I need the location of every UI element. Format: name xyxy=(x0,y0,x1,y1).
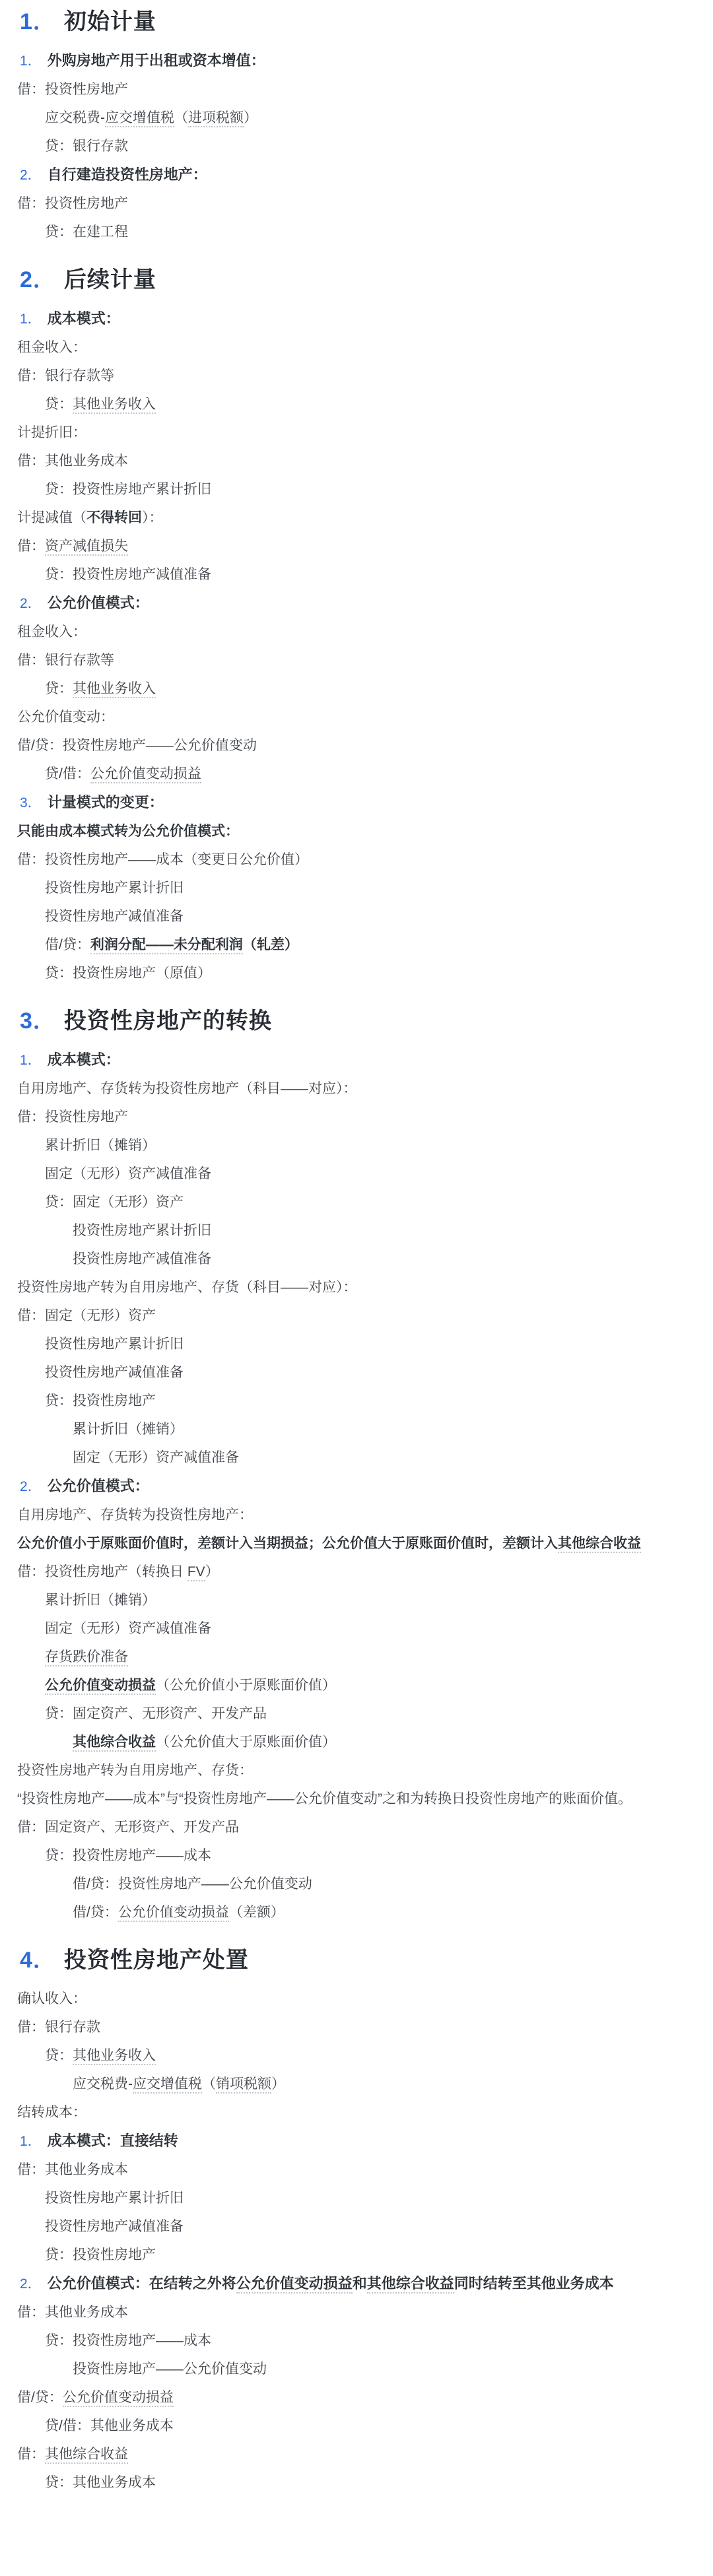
doc-line: 贷：投资性房地产累计折旧 xyxy=(0,480,701,498)
section-heading: 2．后续计量 xyxy=(0,266,701,294)
text-segment: 借：投资性房地产——成本（变更日公允价值） xyxy=(17,852,308,867)
doc-line: 借：投资性房地产 xyxy=(0,81,701,98)
text-segment: 贷： xyxy=(45,2048,73,2063)
text-segment: 借：其他业务成本 xyxy=(17,2305,128,2320)
doc-line: 贷：投资性房地产减值准备 xyxy=(0,566,701,583)
text-segment: 公允价值变动： xyxy=(17,710,114,725)
text-segment: 投资性房地产减值准备 xyxy=(73,1251,211,1267)
subsection-heading: 2．公允价值模式： xyxy=(0,594,701,612)
text-segment: 自用房地产、存货转为投资性房地产： xyxy=(17,1507,253,1523)
doc-line: 计提折旧： xyxy=(0,424,701,442)
doc-line: 累计折旧（摊销） xyxy=(0,1137,701,1154)
text-segment: 贷： xyxy=(45,681,73,696)
text-segment: “投资性房地产——成本”与“投资性房地产——公允价值变动”之和为转换日投资性房地… xyxy=(17,1791,632,1806)
doc-line: 存货跌价准备 xyxy=(0,1648,701,1666)
doc-line: 固定（无形）资产减值准备 xyxy=(0,1620,701,1637)
doc-line: 公允价值小于原账面价值时，差额计入当期损益；公允价值大于原账面价值时，差额计入其… xyxy=(0,1535,701,1552)
text-segment: 借：投资性房地产 xyxy=(17,82,128,97)
doc-line: 贷：在建工程 xyxy=(0,223,701,241)
term-link[interactable]: 资产减值损失 xyxy=(45,539,128,556)
doc-line: 投资性房地产累计折旧 xyxy=(0,1335,701,1353)
subsection-heading: 2．自行建造投资性房地产： xyxy=(0,166,701,184)
term-link[interactable]: 销项税额 xyxy=(216,2076,271,2094)
text-segment: 借：投资性房地产（转换日 xyxy=(17,1564,187,1579)
doc-line: 借：其他业务成本 xyxy=(0,2303,701,2321)
text-segment: 投资性房地产减值准备 xyxy=(45,2219,184,2234)
text-segment: 和 xyxy=(353,2275,367,2292)
item-number: 4． xyxy=(20,1948,56,1973)
text-segment: 贷：投资性房地产——成本 xyxy=(45,2333,211,2348)
text-segment: 累计折旧（摊销） xyxy=(45,1138,156,1153)
doc-line: 其他综合收益（公允价值大于原账面价值） xyxy=(0,1733,701,1751)
item-number: 1． xyxy=(20,1053,42,1068)
text-segment: （ xyxy=(174,110,188,125)
doc-line: 贷：固定资产、无形资产、开发产品 xyxy=(0,1705,701,1723)
text-segment: 借/贷： xyxy=(17,2390,63,2405)
text-segment: 不得转回 xyxy=(86,510,142,525)
subsection-heading: 1．外购房地产用于出租或资本增值： xyxy=(0,51,701,70)
item-number: 2． xyxy=(20,1479,42,1494)
doc-line: 投资性房地产转为自用房地产、存货： xyxy=(0,1762,701,1779)
term-link[interactable]: 进项税额 xyxy=(188,110,244,127)
text-segment: 投资性房地产累计折旧 xyxy=(45,1337,184,1352)
term-link[interactable]: 应交增值税 xyxy=(133,2076,202,2094)
term-link[interactable]: FV xyxy=(187,1564,205,1581)
text-segment: 后续计量 xyxy=(64,267,156,292)
text-segment: 借/贷： xyxy=(45,937,90,952)
doc-line: 借：投资性房地产（转换日 FV） xyxy=(0,1563,701,1581)
item-number: 2． xyxy=(20,2276,42,2292)
doc-line: 贷：投资性房地产（原值） xyxy=(0,964,701,982)
text-segment: 初始计量 xyxy=(64,9,156,34)
item-number: 2． xyxy=(20,267,56,292)
subsection-heading: 2．公允价值模式：在结转之外将公允价值变动损益和其他综合收益同时结转至其他业务成… xyxy=(0,2274,701,2293)
subsection-heading: 1．成本模式：直接结转 xyxy=(0,2132,701,2150)
item-number: 1． xyxy=(20,312,42,327)
text-segment: 借：固定资产、无形资产、开发产品 xyxy=(17,1820,239,1835)
doc-line: 借/贷：投资性房地产——公允价值变动 xyxy=(0,737,701,754)
text-segment: 贷：银行存款 xyxy=(45,139,128,154)
term-link[interactable]: 其他综合收益 xyxy=(45,2447,128,2464)
text-segment: 贷：投资性房地产 xyxy=(45,1393,156,1408)
text-segment: 借/贷：投资性房地产——公允价值变动 xyxy=(73,1876,312,1892)
text-segment: 贷：投资性房地产减值准备 xyxy=(45,567,211,582)
doc-line: 自用房地产、存货转为投资性房地产： xyxy=(0,1506,701,1524)
text-segment: 累计折旧（摊销） xyxy=(45,1593,156,1608)
doc-line: 投资性房地产——公允价值变动 xyxy=(0,2360,701,2378)
text-segment: 租金收入： xyxy=(17,340,86,355)
item-number: 2． xyxy=(20,596,42,611)
text-segment: 借：其他业务成本 xyxy=(17,453,128,469)
text-segment: 固定（无形）资产减值准备 xyxy=(45,1166,211,1181)
term-link[interactable]: 应交增值税 xyxy=(105,110,174,127)
term-link[interactable]: 其他业务收入 xyxy=(73,2048,156,2065)
doc-line: 借/贷：公允价值变动损益（差额） xyxy=(0,1903,701,1921)
text-segment: 贷：固定资产、无形资产、开发产品 xyxy=(45,1706,267,1721)
doc-line: 投资性房地产减值准备 xyxy=(0,908,701,925)
doc-line: “投资性房地产——成本”与“投资性房地产——公允价值变动”之和为转换日投资性房地… xyxy=(0,1790,701,1808)
text-segment: 投资性房地产的转换 xyxy=(64,1008,272,1034)
item-number: 1． xyxy=(20,9,56,34)
doc-line: 贷：固定（无形）资产 xyxy=(0,1193,701,1211)
doc-line: 贷：投资性房地产 xyxy=(0,1392,701,1410)
text-segment: 公允价值模式： xyxy=(48,1478,149,1494)
text-segment: 借/贷：投资性房地产——公允价值变动 xyxy=(17,738,257,753)
text-segment: 投资性房地产转为自用房地产、存货： xyxy=(17,1763,253,1778)
doc-line: 应交税费-应交增值税（进项税额） xyxy=(0,109,701,127)
text-segment: 投资性房地产累计折旧 xyxy=(73,1223,211,1238)
section-heading: 4．投资性房地产处置 xyxy=(0,1946,701,1974)
doc-line: 固定（无形）资产减值准备 xyxy=(0,1165,701,1183)
doc-line: 借：银行存款等 xyxy=(0,367,701,385)
doc-line: 投资性房地产累计折旧 xyxy=(0,1222,701,1239)
text-segment: 借：其他业务成本 xyxy=(17,2162,128,2177)
term-link[interactable]: 公允价值变动损益 xyxy=(236,2275,353,2294)
doc-line: 借：投资性房地产——成本（变更日公允价值） xyxy=(0,851,701,869)
doc-line: 借：固定（无形）资产 xyxy=(0,1307,701,1325)
doc-line: 借：银行存款等 xyxy=(0,651,701,669)
text-segment: 成本模式： xyxy=(48,1051,120,1068)
text-segment: ） xyxy=(271,2076,285,2092)
text-segment: 同时结转至其他业务成本 xyxy=(454,2275,614,2292)
doc-line: 贷：投资性房地产——成本 xyxy=(0,2332,701,2350)
text-segment: 借：银行存款 xyxy=(17,2020,100,2035)
doc-line: 借：投资性房地产 xyxy=(0,195,701,213)
doc-line: 贷：投资性房地产 xyxy=(0,2246,701,2264)
doc-line: 投资性房地产减值准备 xyxy=(0,2218,701,2235)
text-segment: 确认收入： xyxy=(17,1991,86,2006)
text-segment: 借：投资性房地产 xyxy=(17,1109,128,1125)
text-segment: 公允价值模式： xyxy=(48,595,149,611)
text-segment: 借：银行存款等 xyxy=(17,368,114,383)
doc-line: 固定（无形）资产减值准备 xyxy=(0,1449,701,1467)
doc-line: 公允价值变动： xyxy=(0,708,701,726)
text-segment: 公允价值模式：在结转之外将 xyxy=(48,2275,236,2292)
section-heading: 3．投资性房地产的转换 xyxy=(0,1007,701,1035)
doc-line: 贷：其他业务成本 xyxy=(0,2474,701,2492)
term-link[interactable]: 其他综合收益 xyxy=(558,1536,641,1553)
text-segment: 投资性房地产减值准备 xyxy=(45,1365,184,1380)
text-segment: ）： xyxy=(142,510,163,525)
doc-line: 投资性房地产减值准备 xyxy=(0,1250,701,1268)
text-segment: 借/贷： xyxy=(73,1905,118,1920)
doc-line: 贷：其他业务收入 xyxy=(0,2047,701,2064)
doc-line: 投资性房地产转为自用房地产、存货（科目——对应）： xyxy=(0,1278,701,1296)
doc-line: 借/贷：投资性房地产——公允价值变动 xyxy=(0,1875,701,1893)
doc-line: 借：固定资产、无形资产、开发产品 xyxy=(0,1818,701,1836)
text-segment: 贷：在建工程 xyxy=(45,224,128,240)
doc-line: 结转成本： xyxy=(0,2103,701,2121)
text-segment: 租金收入： xyxy=(17,624,86,640)
text-segment: 累计折旧（摊销） xyxy=(73,1422,184,1437)
text-segment: 自行建造投资性房地产： xyxy=(48,166,207,183)
text-segment: 贷：固定（无形）资产 xyxy=(45,1195,184,1210)
doc-line: 借：其他综合收益 xyxy=(0,2445,701,2463)
text-segment: 贷/借： xyxy=(45,766,90,781)
text-segment: 只能由成本模式转为公允价值模式： xyxy=(17,824,239,839)
text-segment: 成本模式： xyxy=(48,310,120,327)
doc-line: 投资性房地产减值准备 xyxy=(0,1364,701,1381)
doc-line: 贷：银行存款 xyxy=(0,137,701,155)
text-segment: 结转成本： xyxy=(17,2105,86,2120)
text-segment: 借：银行存款等 xyxy=(17,653,114,668)
doc-line: 借：投资性房地产 xyxy=(0,1108,701,1126)
doc-line: 借：其他业务成本 xyxy=(0,2161,701,2179)
doc-line: 贷/借：其他业务成本 xyxy=(0,2417,701,2435)
text-segment: ） xyxy=(244,110,257,125)
text-segment: 公允价值小于原账面价值时，差额计入当期损益；公允价值大于原账面价值时，差额计入 xyxy=(17,1536,558,1551)
term-link[interactable]: 其他综合收益 xyxy=(367,2275,454,2294)
text-segment: 借： xyxy=(17,2447,45,2462)
text-segment: 借：投资性房地产 xyxy=(17,196,128,211)
text-segment: 借： xyxy=(17,539,45,554)
doc-line: 累计折旧（摊销） xyxy=(0,1591,701,1609)
item-number: 2． xyxy=(20,168,42,183)
doc-line: 借：银行存款 xyxy=(0,2018,701,2036)
text-segment: 自用房地产、存货转为投资性房地产（科目——对应）： xyxy=(17,1081,357,1096)
text-segment: 贷： xyxy=(45,397,73,412)
doc-line: 贷/借：公允价值变动损益 xyxy=(0,765,701,783)
doc-line: 自用房地产、存货转为投资性房地产（科目——对应）： xyxy=(0,1080,701,1098)
item-number: 3． xyxy=(20,795,42,810)
doc-line: 投资性房地产累计折旧 xyxy=(0,2189,701,2207)
term-link[interactable]: 存货跌价准备 xyxy=(45,1649,128,1667)
subsection-heading: 1．成本模式： xyxy=(0,1051,701,1069)
term-link[interactable]: 其他综合收益 xyxy=(73,1734,156,1752)
text-segment: 计提减值（ xyxy=(17,510,86,525)
text-segment: 投资性房地产减值准备 xyxy=(45,909,184,924)
text-segment: 借：固定（无形）资产 xyxy=(17,1308,156,1323)
term-link[interactable]: 公允价值变动损益 xyxy=(90,766,201,783)
item-number: 1． xyxy=(20,2134,42,2149)
text-segment: 计量模式的变更： xyxy=(48,794,164,810)
text-segment: 贷：其他业务成本 xyxy=(45,2475,156,2490)
text-segment: （公允价值小于原账面价值） xyxy=(156,1678,336,1693)
text-segment: 应交税费- xyxy=(73,2076,133,2092)
section-heading: 1．初始计量 xyxy=(0,8,701,36)
doc-line: 租金收入： xyxy=(0,339,701,356)
doc-line: 贷：投资性房地产——成本 xyxy=(0,1847,701,1865)
text-segment: 贷：投资性房地产累计折旧 xyxy=(45,482,211,497)
text-segment: 成本模式：直接结转 xyxy=(48,2132,178,2149)
doc-line: 只能由成本模式转为公允价值模式： xyxy=(0,822,701,840)
text-segment: （差额） xyxy=(229,1905,285,1920)
text-segment: ） xyxy=(205,1564,219,1579)
text-segment: （公允价值大于原账面价值） xyxy=(156,1734,336,1750)
item-number: 1． xyxy=(20,53,42,69)
subsection-heading: 2．公允价值模式： xyxy=(0,1477,701,1496)
text-segment: 计提折旧： xyxy=(17,425,86,440)
doc-line: 借：其他业务成本 xyxy=(0,452,701,470)
text-segment: 贷：投资性房地产（原值） xyxy=(45,966,211,981)
text-segment: 投资性房地产累计折旧 xyxy=(45,2191,184,2206)
term-link[interactable]: 公允价值变动损益 xyxy=(118,1905,229,1922)
doc-line: 借/贷：公允价值变动损益 xyxy=(0,2389,701,2406)
text-segment: （ xyxy=(202,2076,216,2092)
text-segment: （轧差） xyxy=(243,937,298,952)
doc-line: 计提减值（不得转回）： xyxy=(0,509,701,527)
term-link[interactable]: 其他业务收入 xyxy=(73,681,156,698)
text-segment: 投资性房地产转为自用房地产、存货（科目——对应）： xyxy=(17,1280,357,1295)
doc-line: 借：资产减值损失 xyxy=(0,537,701,555)
text-segment: 投资性房地产累计折旧 xyxy=(45,880,184,896)
text-segment: 投资性房地产——公允价值变动 xyxy=(73,2361,267,2377)
subsection-heading: 3．计量模式的变更： xyxy=(0,793,701,812)
doc-line: 投资性房地产累计折旧 xyxy=(0,879,701,897)
doc-line: 贷：其他业务收入 xyxy=(0,680,701,698)
term-link[interactable]: 其他业务收入 xyxy=(73,397,156,414)
subsection-heading: 1．成本模式： xyxy=(0,310,701,328)
doc-line: 贷：其他业务收入 xyxy=(0,395,701,413)
term-link[interactable]: 利润分配——未分配利润 xyxy=(90,937,243,954)
text-segment: 贷：投资性房地产 xyxy=(45,2247,156,2262)
text-segment: 投资性房地产处置 xyxy=(64,1948,249,1973)
text-segment: 固定（无形）资产减值准备 xyxy=(73,1450,239,1465)
text-segment: 外购房地产用于出租或资本增值： xyxy=(48,52,265,69)
text-segment: 贷/借：其他业务成本 xyxy=(45,2418,174,2433)
doc-line: 应交税费-应交增值税（销项税额） xyxy=(0,2075,701,2093)
doc-line: 公允价值变动损益（公允价值小于原账面价值） xyxy=(0,1676,701,1694)
text-segment: 应交税费- xyxy=(45,110,105,125)
term-link[interactable]: 公允价值变动损益 xyxy=(45,1678,156,1695)
doc-line: 确认收入： xyxy=(0,1990,701,2008)
doc-line: 累计折旧（摊销） xyxy=(0,1420,701,1438)
text-segment: 固定（无形）资产减值准备 xyxy=(45,1621,211,1636)
item-number: 3． xyxy=(20,1008,56,1034)
doc-line: 租金收入： xyxy=(0,623,701,641)
document-body: 1．初始计量1．外购房地产用于出租或资本增值：借：投资性房地产应交税费-应交增值… xyxy=(0,0,713,2528)
doc-line: 借/贷：利润分配——未分配利润（轧差） xyxy=(0,936,701,954)
text-segment: 贷：投资性房地产——成本 xyxy=(45,1848,211,1863)
term-link[interactable]: 公允价值变动损益 xyxy=(63,2390,174,2407)
